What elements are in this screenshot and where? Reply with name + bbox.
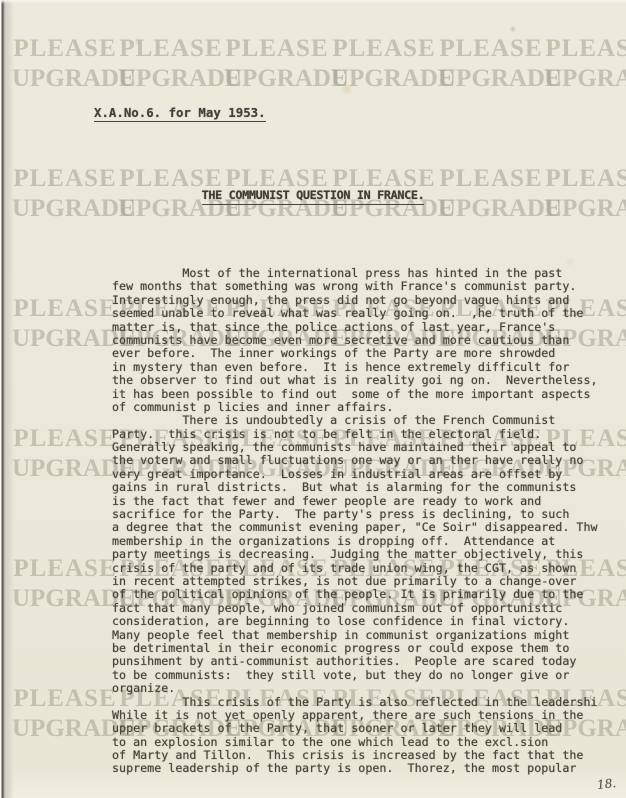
text-line: to be communists: they still vote, but t…	[112, 669, 626, 682]
watermark: PLEASEUPGRADE	[12, 294, 118, 354]
document-title-row: THE COMMUNIST QUESTION IN FRANCE.	[0, 184, 626, 205]
text-line: punsihment by anti-communist authorities…	[112, 655, 626, 668]
text-line: of the political opinions of the people.…	[112, 588, 626, 601]
text-line: There is undoubtedly a crisis of the Fre…	[112, 414, 626, 427]
watermark: PLEASEUPGRADE	[12, 554, 118, 614]
text-line: party meetings is decreasing. Judging th…	[112, 548, 626, 561]
watermark-word-please: PLEASE	[544, 34, 626, 64]
watermark: PLEASEUPGRADE	[12, 684, 118, 744]
watermark: PLEASEUPGRADE	[544, 34, 626, 94]
watermark-word-upgrade: UPGRADE	[12, 454, 118, 484]
text-line: upper brackets of the Party, that sooner…	[112, 722, 626, 735]
scan-top-edge	[0, 0, 626, 4]
watermark-word-please: PLEASE	[12, 294, 118, 324]
text-line: organize.	[112, 682, 626, 695]
watermark-word-please: PLEASE	[12, 34, 118, 64]
watermark-word-upgrade: UPGRADE	[544, 64, 626, 94]
text-line: seemed unable to reveal what was really …	[112, 307, 626, 320]
scanned-document-page: PLEASEUPGRADEPLEASEUPGRADEPLEASEUPGRADEP…	[0, 0, 626, 798]
text-line: the voterw and small fluctuations one wa…	[112, 454, 626, 467]
text-line: few months that something was wrong with…	[112, 280, 626, 293]
text-line: the observer to find out what is in real…	[112, 374, 626, 387]
watermark-word-upgrade: UPGRADE	[12, 584, 118, 614]
watermark-word-upgrade: UPGRADE	[12, 64, 118, 94]
watermark-word-please: PLEASE	[12, 424, 118, 454]
watermark: PLEASEUPGRADE	[331, 34, 437, 94]
text-line: crisis of the party and of its trade uni…	[112, 562, 626, 575]
text-line: a degree that the communist evening pape…	[112, 521, 626, 534]
watermark-word-upgrade: UPGRADE	[331, 64, 437, 94]
text-line: gains in rural districts. But what is al…	[112, 481, 626, 494]
text-line: consideration, are beginning to lose con…	[112, 615, 626, 628]
watermark-word-upgrade: UPGRADE	[12, 714, 118, 744]
text-line: Many people feel that membership in comm…	[112, 629, 626, 642]
watermark-word-upgrade: UPGRADE	[118, 64, 224, 94]
document-title: THE COMMUNIST QUESTION IN FRANCE.	[202, 188, 425, 205]
watermark: PLEASEUPGRADE	[224, 34, 330, 94]
watermark: PLEASEUPGRADE	[12, 34, 118, 94]
text-line: ever before. The inner workings of the P…	[112, 347, 626, 360]
watermark-word-please: PLEASE	[12, 554, 118, 584]
watermark-word-please: PLEASE	[331, 34, 437, 64]
watermark: PLEASEUPGRADE	[12, 424, 118, 484]
watermark-word-upgrade: UPGRADE	[438, 64, 544, 94]
document-body: Most of the international press has hint…	[112, 267, 626, 776]
watermark-word-upgrade: UPGRADE	[12, 324, 118, 354]
watermark-word-please: PLEASE	[438, 34, 544, 64]
watermark: PLEASEUPGRADE	[118, 34, 224, 94]
watermark: PLEASEUPGRADE	[438, 34, 544, 94]
text-line: it has been possible to find out some of…	[112, 388, 626, 401]
text-line: matter is, that since the police actions…	[112, 321, 626, 334]
page-number: 18.	[596, 776, 616, 792]
watermark-word-please: PLEASE	[224, 34, 330, 64]
text-line: supreme leadership of the party is open.…	[112, 762, 626, 775]
watermark-word-please: PLEASE	[12, 684, 118, 714]
document-reference: X.A.No.6. for May 1953.	[94, 105, 266, 122]
text-line: This crisis of the Party is also reflect…	[112, 696, 626, 709]
watermark-word-upgrade: UPGRADE	[224, 64, 330, 94]
watermark-word-please: PLEASE	[118, 34, 224, 64]
